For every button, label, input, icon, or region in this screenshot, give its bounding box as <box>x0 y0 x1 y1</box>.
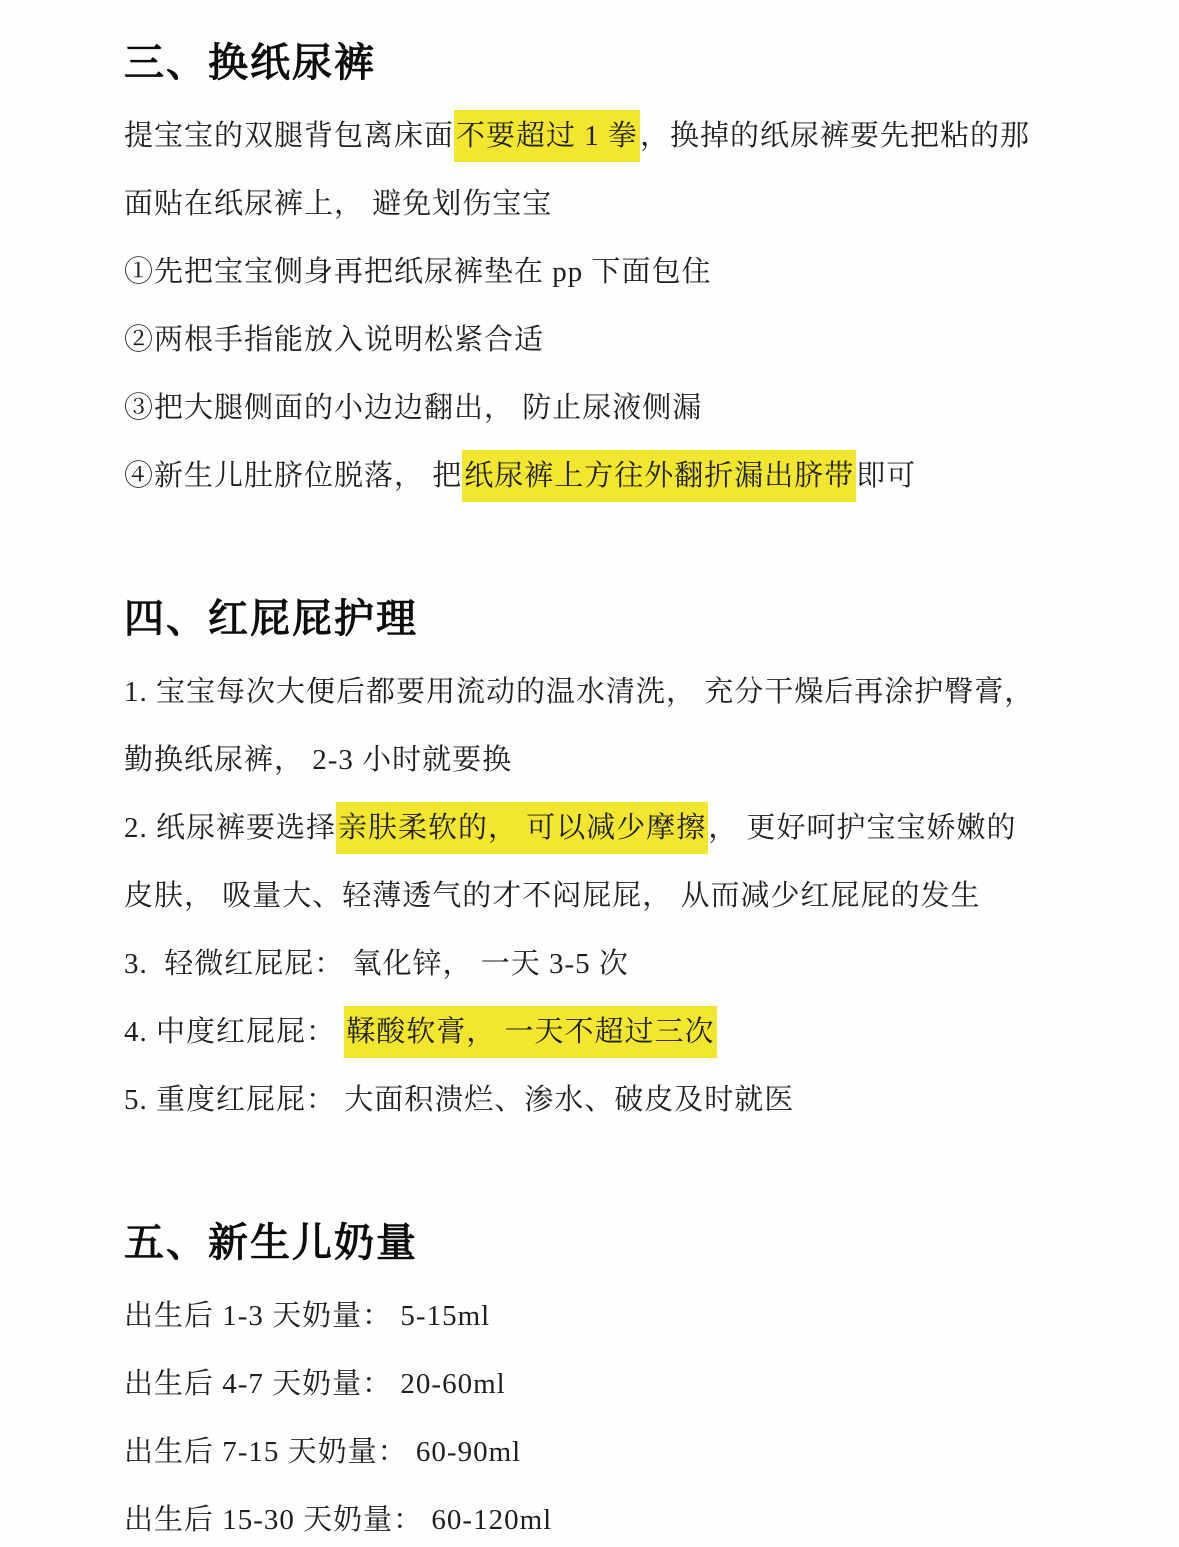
text-segment: 皮肤， 吸量大、轻薄透气的才不闷屁屁， 从而减少红屁屁的发生 <box>124 880 981 912</box>
highlighted-text: 鞣酸软膏， 一天不超过三次 <box>344 1006 716 1058</box>
text-line: ②两根手指能放入说明松紧合适 <box>124 306 1099 374</box>
text-line: 5. 重度红屁屁： 大面积溃烂、渗水、破皮及时就医 <box>124 1066 1099 1134</box>
section-red-bottom-care: 四、红屁屁护理 1. 宝宝每次大便后都要用流动的温水清洗， 充分干燥后再涂护臀膏… <box>124 596 1099 1134</box>
section-change-diaper: 三、换纸尿裤 提宝宝的双腿背包离床面不要超过 1 拳，换掉的纸尿裤要先把粘的那面… <box>124 40 1099 510</box>
text-segment: 面贴在纸尿裤上， 避免划伤宝宝 <box>124 188 552 220</box>
highlighted-text: 亲肤柔软的， 可以减少摩擦 <box>336 802 708 854</box>
section-lines: 出生后 1-3 天奶量： 5-15ml出生后 4-7 天奶量： 20-60ml出… <box>124 1282 1099 1547</box>
text-line: 出生后 4-7 天奶量： 20-60ml <box>124 1350 1099 1418</box>
text-segment: 1. 宝宝每次大便后都要用流动的温水清洗， 充分干燥后再涂护臀膏， <box>124 676 1034 708</box>
section-lines: 1. 宝宝每次大便后都要用流动的温水清洗， 充分干燥后再涂护臀膏，勤换纸尿裤， … <box>124 658 1099 1134</box>
section-title: 三、换纸尿裤 <box>124 40 1099 86</box>
text-line: 1. 宝宝每次大便后都要用流动的温水清洗， 充分干燥后再涂护臀膏， <box>124 658 1099 726</box>
text-line: 勤换纸尿裤， 2-3 小时就要换 <box>124 726 1099 794</box>
section-title: 四、红屁屁护理 <box>124 596 1099 642</box>
text-line: 提宝宝的双腿背包离床面不要超过 1 拳，换掉的纸尿裤要先把粘的那 <box>124 102 1099 170</box>
text-segment: 勤换纸尿裤， 2-3 小时就要换 <box>124 744 512 776</box>
text-segment: ， 更好呵护宝宝娇嫩的 <box>708 812 1016 844</box>
text-segment: 2. 纸尿裤要选择 <box>124 812 336 844</box>
text-line: 出生后 15-30 天奶量： 60-120ml <box>124 1486 1099 1547</box>
text-segment: 3. 轻微红屁屁： 氧化锌， 一天 3-5 次 <box>124 948 629 980</box>
text-line: ④新生儿肚脐位脱落， 把纸尿裤上方往外翻折漏出脐带即可 <box>124 442 1099 510</box>
text-segment: 出生后 4-7 天奶量： 20-60ml <box>124 1368 506 1400</box>
text-line: 2. 纸尿裤要选择亲肤柔软的， 可以减少摩擦， 更好呵护宝宝娇嫩的 <box>124 794 1099 862</box>
text-segment: 5. 重度红屁屁： 大面积溃烂、渗水、破皮及时就医 <box>124 1084 794 1116</box>
text-line: 面贴在纸尿裤上， 避免划伤宝宝 <box>124 170 1099 238</box>
text-segment: 即可 <box>856 460 916 492</box>
text-line: 4. 中度红屁屁： 鞣酸软膏， 一天不超过三次 <box>124 998 1099 1066</box>
text-segment: 出生后 1-3 天奶量： 5-15ml <box>124 1300 490 1332</box>
document-page: 三、换纸尿裤 提宝宝的双腿背包离床面不要超过 1 拳，换掉的纸尿裤要先把粘的那面… <box>0 0 1179 1547</box>
text-segment: ，换掉的纸尿裤要先把粘的那 <box>640 120 1030 152</box>
section-newborn-milk-amount: 五、新生儿奶量 出生后 1-3 天奶量： 5-15ml出生后 4-7 天奶量： … <box>124 1220 1099 1547</box>
text-segment: 提宝宝的双腿背包离床面 <box>124 120 454 152</box>
text-line: 3. 轻微红屁屁： 氧化锌， 一天 3-5 次 <box>124 930 1099 998</box>
highlighted-text: 纸尿裤上方往外翻折漏出脐带 <box>462 450 856 502</box>
text-segment: ②两根手指能放入说明松紧合适 <box>124 324 544 356</box>
section-title: 五、新生儿奶量 <box>124 1220 1099 1266</box>
text-line: 出生后 7-15 天奶量： 60-90ml <box>124 1418 1099 1486</box>
text-segment: 出生后 7-15 天奶量： 60-90ml <box>124 1436 521 1468</box>
text-line: ①先把宝宝侧身再把纸尿裤垫在 pp 下面包住 <box>124 238 1099 306</box>
text-line: 出生后 1-3 天奶量： 5-15ml <box>124 1282 1099 1350</box>
text-segment: 4. 中度红屁屁： <box>124 1016 344 1048</box>
highlighted-text: 不要超过 1 拳 <box>454 110 640 162</box>
text-segment: ③把大腿侧面的小边边翻出， 防止尿液侧漏 <box>124 392 702 424</box>
text-segment: 出生后 15-30 天奶量： 60-120ml <box>124 1504 552 1536</box>
text-line: 皮肤， 吸量大、轻薄透气的才不闷屁屁， 从而减少红屁屁的发生 <box>124 862 1099 930</box>
text-line: ③把大腿侧面的小边边翻出， 防止尿液侧漏 <box>124 374 1099 442</box>
text-segment: ①先把宝宝侧身再把纸尿裤垫在 pp 下面包住 <box>124 256 712 288</box>
section-lines: 提宝宝的双腿背包离床面不要超过 1 拳，换掉的纸尿裤要先把粘的那面贴在纸尿裤上，… <box>124 102 1099 510</box>
text-segment: ④新生儿肚脐位脱落， 把 <box>124 460 462 492</box>
